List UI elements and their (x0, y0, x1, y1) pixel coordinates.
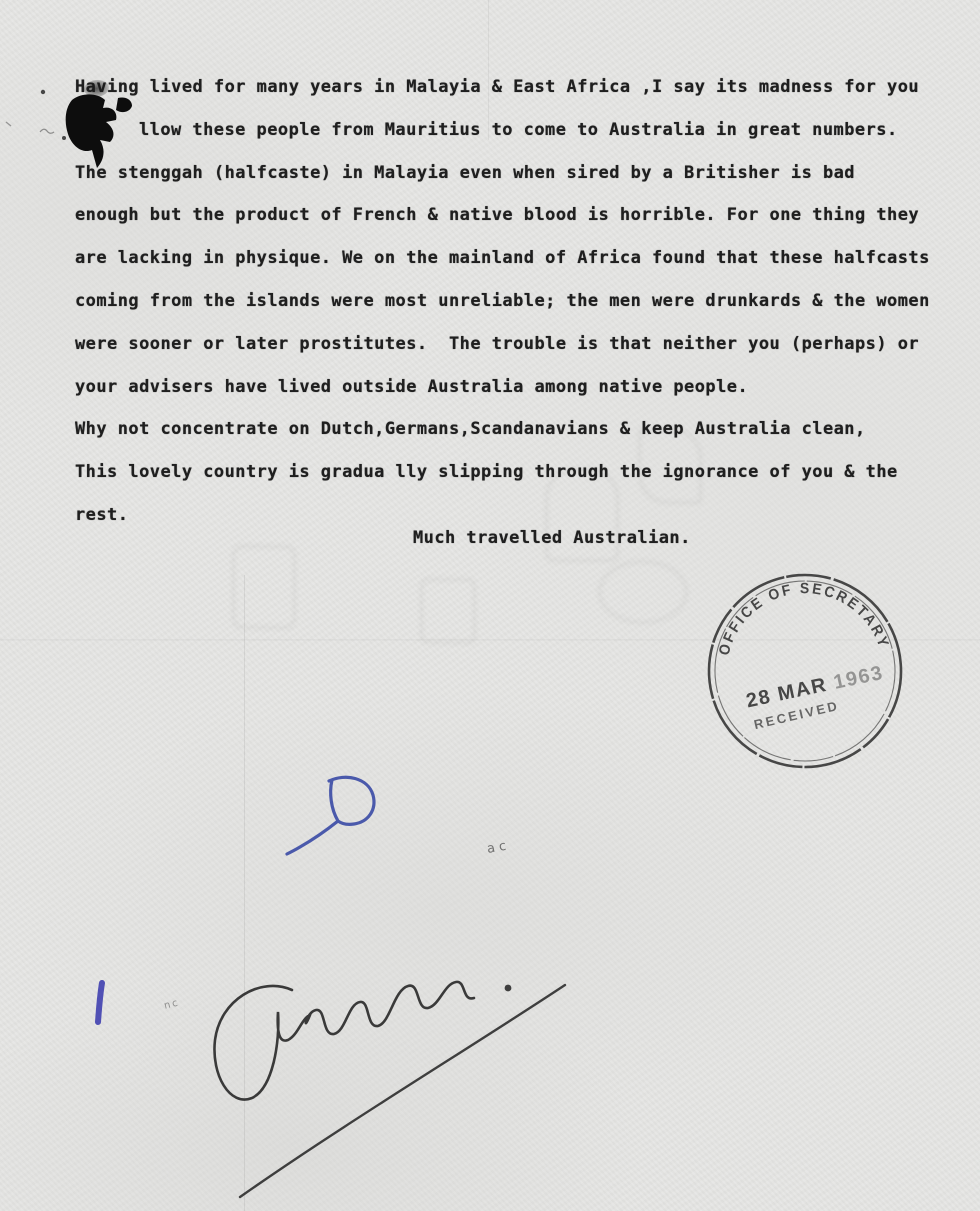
typed-line: The stenggah (halfcaste) in Malayia even… (75, 152, 955, 195)
typed-line: Why not concentrate on Dutch,Germans,Sca… (75, 408, 955, 451)
ghost-impression (598, 560, 688, 624)
signature-underline (240, 985, 565, 1197)
typed-line: llow these people from Mauritius to come… (75, 109, 955, 152)
signature-anon (190, 960, 580, 1210)
typed-line: coming from the islands were most unreli… (75, 280, 955, 323)
typed-letter-body: Having lived for many years in Malayia &… (75, 66, 955, 537)
ink-blot-main (66, 94, 117, 168)
ghost-impression (420, 578, 476, 644)
stray-period-mark (41, 90, 45, 94)
blue-initial-d (280, 765, 390, 860)
typed-line: This lovely country is gradua lly slippi… (75, 451, 955, 494)
ink-speck (62, 136, 66, 140)
typed-line: are lacking in physique. We on the mainl… (75, 237, 955, 280)
typed-line: your advisers have lived outside Austral… (75, 366, 955, 409)
stamp-date-year: 1963 (832, 662, 886, 694)
blue-tick-mark (93, 980, 109, 1026)
pencil-note-nc: nc (163, 997, 181, 1012)
blue-tick-stroke (98, 983, 102, 1022)
ink-blot (60, 90, 140, 175)
signature-stroke (214, 982, 474, 1100)
stray-squiggle-mark (40, 129, 54, 133)
blue-initial-d-stroke (287, 777, 374, 854)
signature-period (505, 985, 512, 992)
letter-page: Having lived for many years in Malayia &… (0, 0, 980, 1211)
ink-blot-fragment (116, 97, 132, 112)
pencil-note-ac: ac (486, 838, 511, 857)
stamp-arc-text: OFFICE OF SECRETARY (711, 574, 893, 662)
typed-line: were sooner or later prostitutes. The tr… (75, 323, 955, 366)
ghost-impression (545, 468, 619, 562)
svg-text:OFFICE OF SECRETARY: OFFICE OF SECRETARY (711, 574, 893, 662)
ghost-impression (638, 428, 702, 504)
stray-tick-mark (6, 122, 11, 126)
fold-crease-vertical-top (488, 0, 489, 140)
received-stamp: OFFICE OF SECRETARY 28 MAR 1963 RECEIVED (695, 560, 925, 785)
margin-marks (0, 80, 60, 150)
typed-line: Having lived for many years in Malayia &… (75, 66, 955, 109)
ghost-impression (232, 545, 296, 629)
typed-line: enough but the product of French & nativ… (75, 194, 955, 237)
